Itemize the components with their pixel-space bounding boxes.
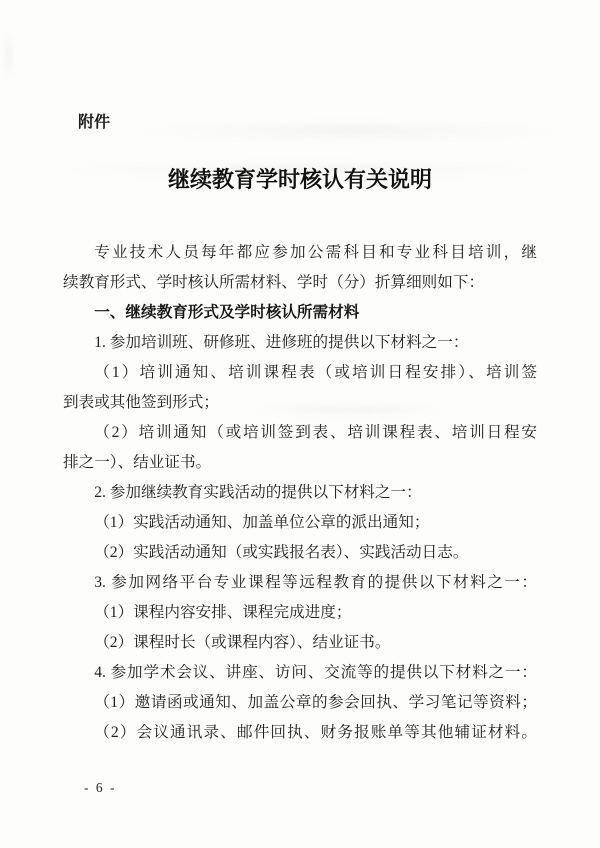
text-line: 专业技术人员每年都应参加公需科目和专业科目培训，继 [63, 238, 537, 268]
text-line: 4. 参加学术会议、讲座、访问、交流等的提供以下材料之一： [63, 658, 537, 688]
section-heading: 一、继续教育形式及学时核认所需材料 [63, 298, 537, 328]
text-line: 2. 参加继续教育实践活动的提供以下材料之一： [63, 478, 537, 508]
text-line: （2）实践活动通知（或实践报名表）、实践活动日志。 [63, 538, 537, 568]
text-line: （1）课程内容安排、课程完成进度； [63, 598, 537, 628]
text-line: 3. 参加网络平台专业课程等远程教育的提供以下材料之一： [63, 568, 537, 598]
document-page: 附件 继续教育学时核认有关说明 专业技术人员每年都应参加公需科目和专业科目培训，… [0, 0, 600, 848]
text-line: （1）实践活动通知、加盖单位公章的派出通知； [63, 508, 537, 538]
text-line: （2）会议通讯录、邮件回执、财务报账单等其他辅证材料。 [63, 718, 537, 748]
text-line: 续教育形式、学时核认所需材料、学时（分）折算细则如下： [63, 268, 537, 298]
text-line: （1）培训通知、培训课程表（或培训日程安排）、培训签 [63, 358, 537, 388]
document-body: 专业技术人员每年都应参加公需科目和专业科目培训，继续教育形式、学时核认所需材料、… [63, 238, 537, 748]
scan-smudge [2, 30, 16, 80]
text-line: （1）邀请函或通知、加盖公章的参会回执、学习笔记等资料； [63, 688, 537, 718]
scan-smudge [140, 120, 560, 142]
text-line: 排之一）、结业证书。 [63, 448, 537, 478]
text-line: 到表或其他签到形式； [63, 388, 537, 418]
document-title: 继续教育学时核认有关说明 [0, 164, 600, 196]
page-number: - 6 - [84, 778, 117, 798]
text-line: （2）培训通知（或培训签到表、培训课程表、培训日程安 [63, 418, 537, 448]
text-line: （2）课程时长（或课程内容）、结业证书。 [63, 628, 537, 658]
text-line: 1. 参加培训班、研修班、进修班的提供以下材料之一： [63, 328, 537, 358]
attachment-label: 附件 [78, 112, 110, 134]
